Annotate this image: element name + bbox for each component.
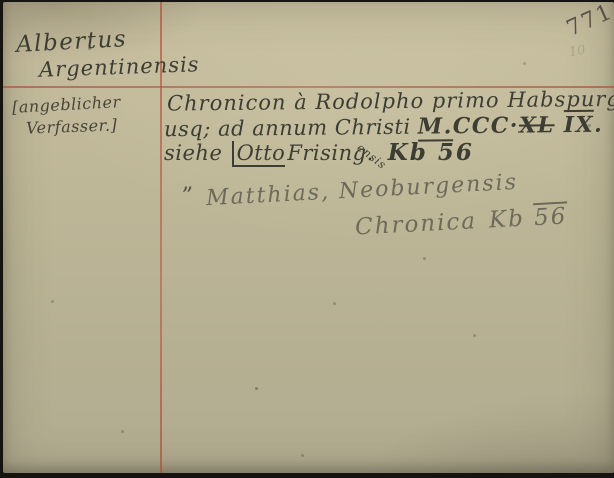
second-entry-author: Matthias, Neoburgensis [206,170,519,211]
heading-author-name: Albertus [15,26,127,58]
scanned-catalog-card-scan: Albertus Argentinensis 771 10 [angeblich… [0,0,614,478]
faint-pencil-mark: 10 [568,43,587,61]
corner-number: 771 [563,0,614,42]
heading-author-epithet: Argentinensis [39,52,200,82]
paper-specks [3,2,6,5]
reference-author: Otto [232,141,286,167]
entry-reference-line: siehe OttoFrising.Kb 56 [164,139,474,166]
ditto-mark: „ [182,170,193,195]
year-period: . [594,112,603,138]
shelfmark-second-number: 56 [533,201,568,231]
roman-numeral-ccc: CCC· [453,113,519,140]
entry-title-line2: usq; ad annum Christi M.CCC·XL IX. [164,112,604,143]
shelfmark-first: Kb 56 [388,139,474,166]
roman-numeral-year: M.CCC·XL IX. [418,110,604,142]
shelfmark-second: Kb 56 [488,203,568,233]
shelfmark-second-prefix: Kb [488,205,535,233]
roman-numeral-ix: IX [564,110,595,138]
index-card: Albertus Argentinensis 771 10 [angeblich… [3,2,614,473]
entry-line2-text: usq; ad annum Christi [164,115,411,142]
author-note-line1: [angeblicher [12,92,122,117]
second-entry-title: Chronica [354,208,477,240]
see-word: siehe [164,141,222,165]
entry-title-line1: Chronicon à Rodolpho primo Habspurgico [167,86,614,115]
roman-numeral-m: M. [418,113,453,141]
author-note-line2: Verfasser.] [26,115,118,137]
second-entry-title-line: ChronicaKb 56 [354,203,568,240]
roman-numeral-xl: XL [519,112,555,138]
